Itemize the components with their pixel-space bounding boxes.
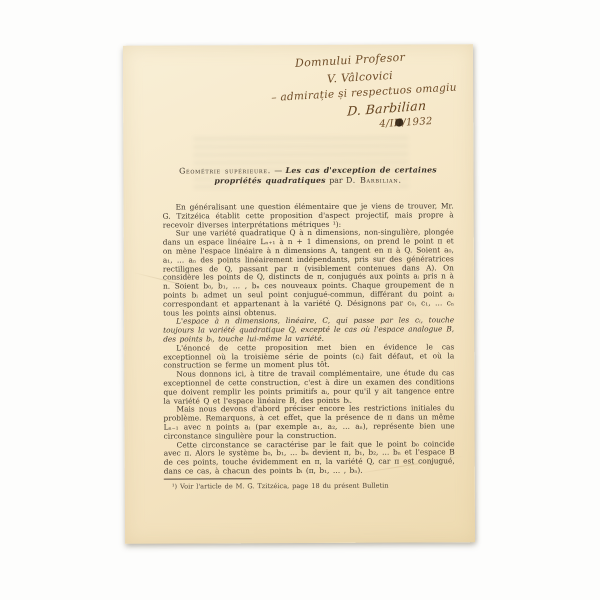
footnote: ¹) Voir l'article de M. G. Tzitzéica, pa… xyxy=(164,481,463,490)
dedication-date: 4/III/1932 xyxy=(379,116,433,130)
paragraph: Nous donnons ici, à titre de travail com… xyxy=(163,369,454,405)
byline-prefix: par xyxy=(329,176,342,185)
scan-background: Domnului Profesor V. Vâlcovici – admiraț… xyxy=(0,0,600,600)
dedication-line: – admirație și respectuos omagiu xyxy=(271,81,457,104)
paragraph: Cette circonstance se caractérise par le… xyxy=(164,440,455,476)
signature: D. Barbilian xyxy=(347,98,427,119)
paragraph: Mais nous devons d'abord préciser encore… xyxy=(163,405,454,441)
paragraph: L'énoncé de cette proposition met bien e… xyxy=(163,343,454,371)
theorem-paragraph: L'espace à n dimensions, linéaire, C, qu… xyxy=(163,317,454,345)
article-body: En généralisant une question élémentaire… xyxy=(163,202,455,476)
paragraph: Sur une variété quadratique Q à n dimens… xyxy=(163,229,454,318)
article-title: Géométrie supérieure. — Les cas d'except… xyxy=(162,165,453,186)
paragraph: En généralisant une question élémentaire… xyxy=(163,202,454,230)
document-page: Domnului Profesor V. Vâlcovici – admiraț… xyxy=(123,44,475,544)
dedication-line: V. Vâlcovici xyxy=(327,69,393,86)
section-label: Géométrie supérieure. xyxy=(179,166,271,175)
dedication-line: Domnului Profesor xyxy=(295,51,406,70)
title-dash: — xyxy=(274,166,282,175)
author-name: D. Barbilian. xyxy=(346,176,402,185)
